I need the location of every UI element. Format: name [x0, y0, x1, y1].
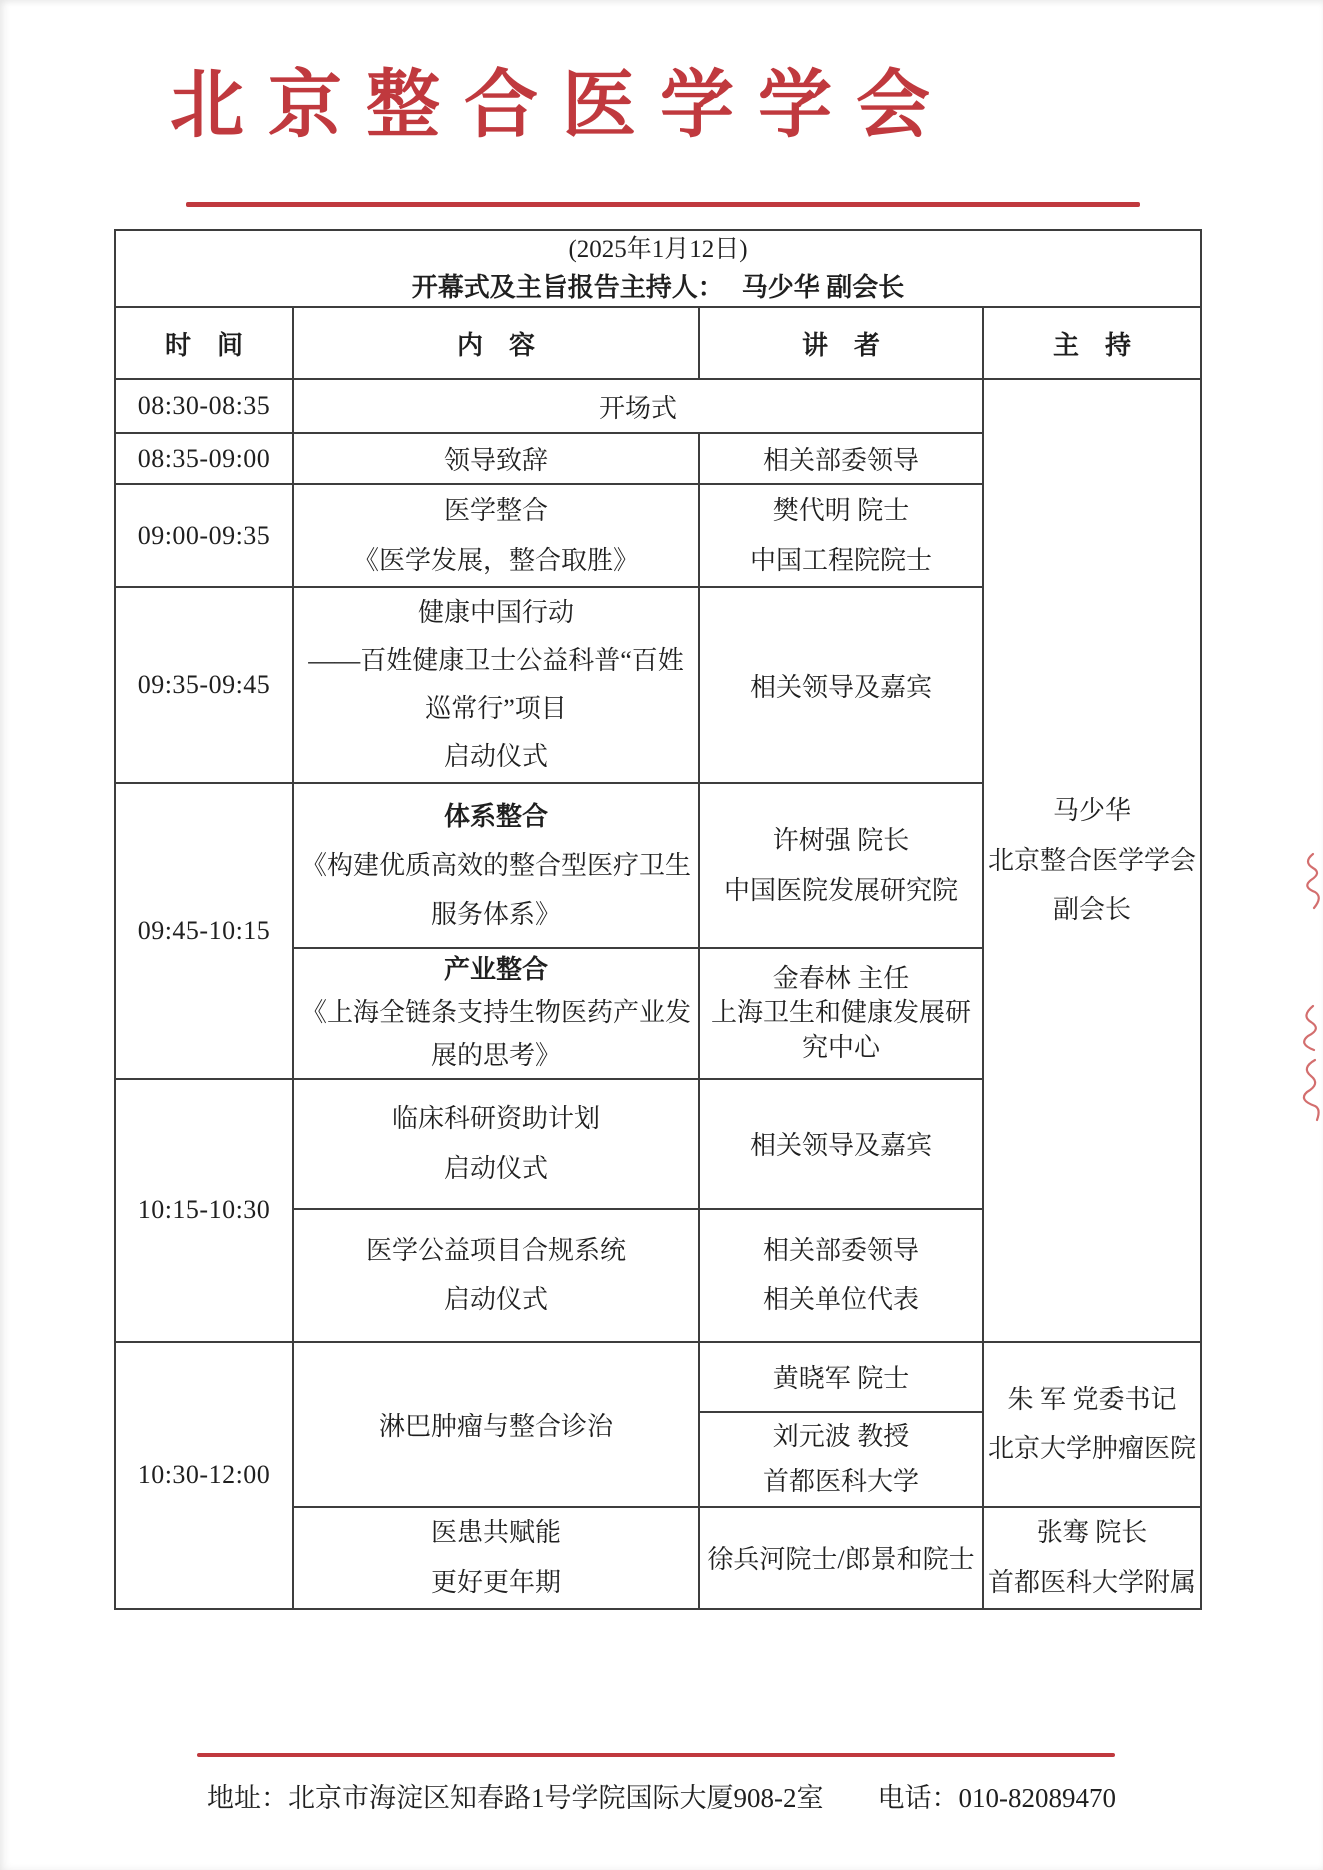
content-cell-opening: 开场式	[293, 379, 983, 433]
time-cell-1015: 10:15-10:30	[115, 1079, 293, 1342]
content-line: 《上海全链条支持生物医药产业发	[296, 992, 696, 1035]
session-label: 开幕式及主旨报告主持人：	[412, 273, 724, 302]
content-line: 启动仪式	[296, 1275, 696, 1324]
row-lymphoma-a: 10:30-12:00 淋巴肿瘤与整合诊治 黄晓军 院士 朱 军 党委书记 北京…	[115, 1342, 1201, 1412]
content-line: 产业整合	[296, 949, 696, 992]
content-line: 健康中国行动	[296, 589, 696, 637]
content-line: ——百姓健康卫士公益科普“百姓	[296, 637, 696, 685]
speaker-line: 相关单位代表	[702, 1275, 980, 1324]
footer-phone: 电话：010-82089470	[878, 1776, 1117, 1815]
content-line: 展的思考》	[296, 1035, 696, 1078]
speaker-line: 究中心	[702, 1031, 980, 1065]
header-host: 主 持	[983, 307, 1201, 379]
red-pen-scribble-icon	[1297, 850, 1323, 912]
column-header-row: 时 间 内 容 讲 者 主 持	[115, 307, 1201, 379]
speaker-cell-lymphoma-b: 刘元波 教授 首都医科大学	[699, 1412, 983, 1507]
speaker-line: 相关部委领导	[702, 1226, 980, 1275]
host-main-name: 马少华	[986, 786, 1198, 835]
content-cell-industry-integration: 产业整合 《上海全链条支持生物医药产业发 展的思考》	[293, 948, 699, 1079]
speaker-cell-system-integration: 许树强 院长 中国医院发展研究院	[699, 783, 983, 948]
content-line: 医患共赋能	[296, 1508, 696, 1557]
content-line: 医学公益项目合规系统	[296, 1226, 696, 1275]
speaker-cell-speeches: 相关部委领导	[699, 433, 983, 484]
host-cell-empowerment: 张骞 院长 首都医科大学附属	[983, 1507, 1201, 1609]
content-line: 临床科研资助计划	[296, 1094, 696, 1143]
host-cell-main: 马少华 北京整合医学学会 副会长	[983, 379, 1201, 1342]
content-cell-clinical-fund: 临床科研资助计划 启动仪式	[293, 1079, 699, 1209]
speaker-cell-medicine: 樊代明 院士 中国工程院院士	[699, 484, 983, 587]
speaker-line: 金春林 主任	[702, 962, 980, 996]
content-line: 服务体系》	[296, 890, 696, 939]
speaker-line: 中国工程院院士	[702, 536, 980, 585]
content-line: 体系整合	[296, 792, 696, 841]
letterhead-title: 北京整合医学学会	[170, 46, 954, 152]
content-line: 《构建优质高效的整合型医疗卫生	[296, 841, 696, 890]
content-line: 巡常行”项目	[296, 685, 696, 733]
speaker-line: 樊代明 院士	[702, 486, 980, 535]
time-cell-opening: 08:30-08:35	[115, 379, 293, 433]
host-main-role: 副会长	[986, 885, 1198, 934]
footer-address: 地址：北京市海淀区知春路1号学院国际大厦908-2室	[207, 1776, 824, 1815]
header-content: 内 容	[293, 307, 699, 379]
content-cell-medicine: 医学整合 《医学发展，整合取胜》	[293, 484, 699, 587]
header-speaker: 讲 者	[699, 307, 983, 379]
time-cell-0945: 09:45-10:15	[115, 783, 293, 1079]
agenda-date: (2025年1月12日)	[118, 231, 1198, 270]
agenda-table: (2025年1月12日) 开幕式及主旨报告主持人：马少华 副会长 时 间 内 容…	[114, 229, 1202, 1610]
content-cell-empowerment: 医患共赋能 更好更年期	[293, 1507, 699, 1609]
agenda-session-title: 开幕式及主旨报告主持人：马少华 副会长	[118, 270, 1198, 306]
content-cell-system-integration: 体系整合 《构建优质高效的整合型医疗卫生 服务体系》	[293, 783, 699, 948]
footer-rule	[197, 1753, 1115, 1757]
speaker-cell-empowerment: 徐兵河院士/郎景和院士	[699, 1507, 983, 1609]
host-line: 首都医科大学附属	[986, 1558, 1198, 1607]
speaker-line: 上海卫生和健康发展研	[702, 996, 980, 1030]
content-line: 《医学发展，整合取胜》	[296, 536, 696, 585]
red-pen-scribble-icon	[1291, 1002, 1323, 1124]
host-line: 张骞 院长	[986, 1508, 1198, 1557]
content-line: 医学整合	[296, 486, 696, 535]
agenda-title-row: (2025年1月12日) 开幕式及主旨报告主持人：马少华 副会长	[115, 230, 1201, 307]
letterhead-rule	[186, 202, 1140, 207]
host-line: 北京大学肿瘤医院	[986, 1424, 1198, 1473]
speaker-line: 中国医院发展研究院	[702, 866, 980, 915]
agenda-title-cell: (2025年1月12日) 开幕式及主旨报告主持人：马少华 副会长	[115, 230, 1201, 307]
content-cell-compliance-system: 医学公益项目合规系统 启动仪式	[293, 1209, 699, 1342]
host-cell-lymphoma: 朱 军 党委书记 北京大学肿瘤医院	[983, 1342, 1201, 1507]
time-cell-health-china: 09:35-09:45	[115, 587, 293, 783]
content-line: 更好更年期	[296, 1558, 696, 1607]
speaker-cell-industry-integration: 金春林 主任 上海卫生和健康发展研 究中心	[699, 948, 983, 1079]
header-time: 时 间	[115, 307, 293, 379]
content-cell-health-china: 健康中国行动 ——百姓健康卫士公益科普“百姓 巡常行”项目 启动仪式	[293, 587, 699, 783]
host-line: 朱 军 党委书记	[986, 1375, 1198, 1424]
speaker-line: 首都医科大学	[702, 1459, 980, 1505]
speaker-line: 许树强 院长	[702, 816, 980, 865]
content-cell-speeches: 领导致辞	[293, 433, 699, 484]
speaker-cell-compliance-system: 相关部委领导 相关单位代表	[699, 1209, 983, 1342]
time-cell-medicine: 09:00-09:35	[115, 484, 293, 587]
speaker-cell-clinical-fund: 相关领导及嘉宾	[699, 1079, 983, 1209]
time-cell-1030: 10:30-12:00	[115, 1342, 293, 1609]
scanned-page: 北京整合医学学会 (2025年1月12日) 开幕式及主旨报告主持人：马少华 副会…	[0, 0, 1323, 1870]
content-cell-lymphoma: 淋巴肿瘤与整合诊治	[293, 1342, 699, 1507]
footer: 地址：北京市海淀区知春路1号学院国际大厦908-2室 电话：010-820894…	[0, 1776, 1323, 1815]
content-line: 启动仪式	[296, 733, 696, 781]
content-line: 启动仪式	[296, 1144, 696, 1193]
speaker-line: 刘元波 教授	[702, 1414, 980, 1460]
speaker-cell-health-china: 相关领导及嘉宾	[699, 587, 983, 783]
row-opening: 08:30-08:35 开场式 马少华 北京整合医学学会 副会长	[115, 379, 1201, 433]
speaker-cell-lymphoma-a: 黄晓军 院士	[699, 1342, 983, 1412]
time-cell-speeches: 08:35-09:00	[115, 433, 293, 484]
host-main-org: 北京整合医学学会	[986, 836, 1198, 885]
session-host-name: 马少华 副会长	[742, 273, 905, 302]
